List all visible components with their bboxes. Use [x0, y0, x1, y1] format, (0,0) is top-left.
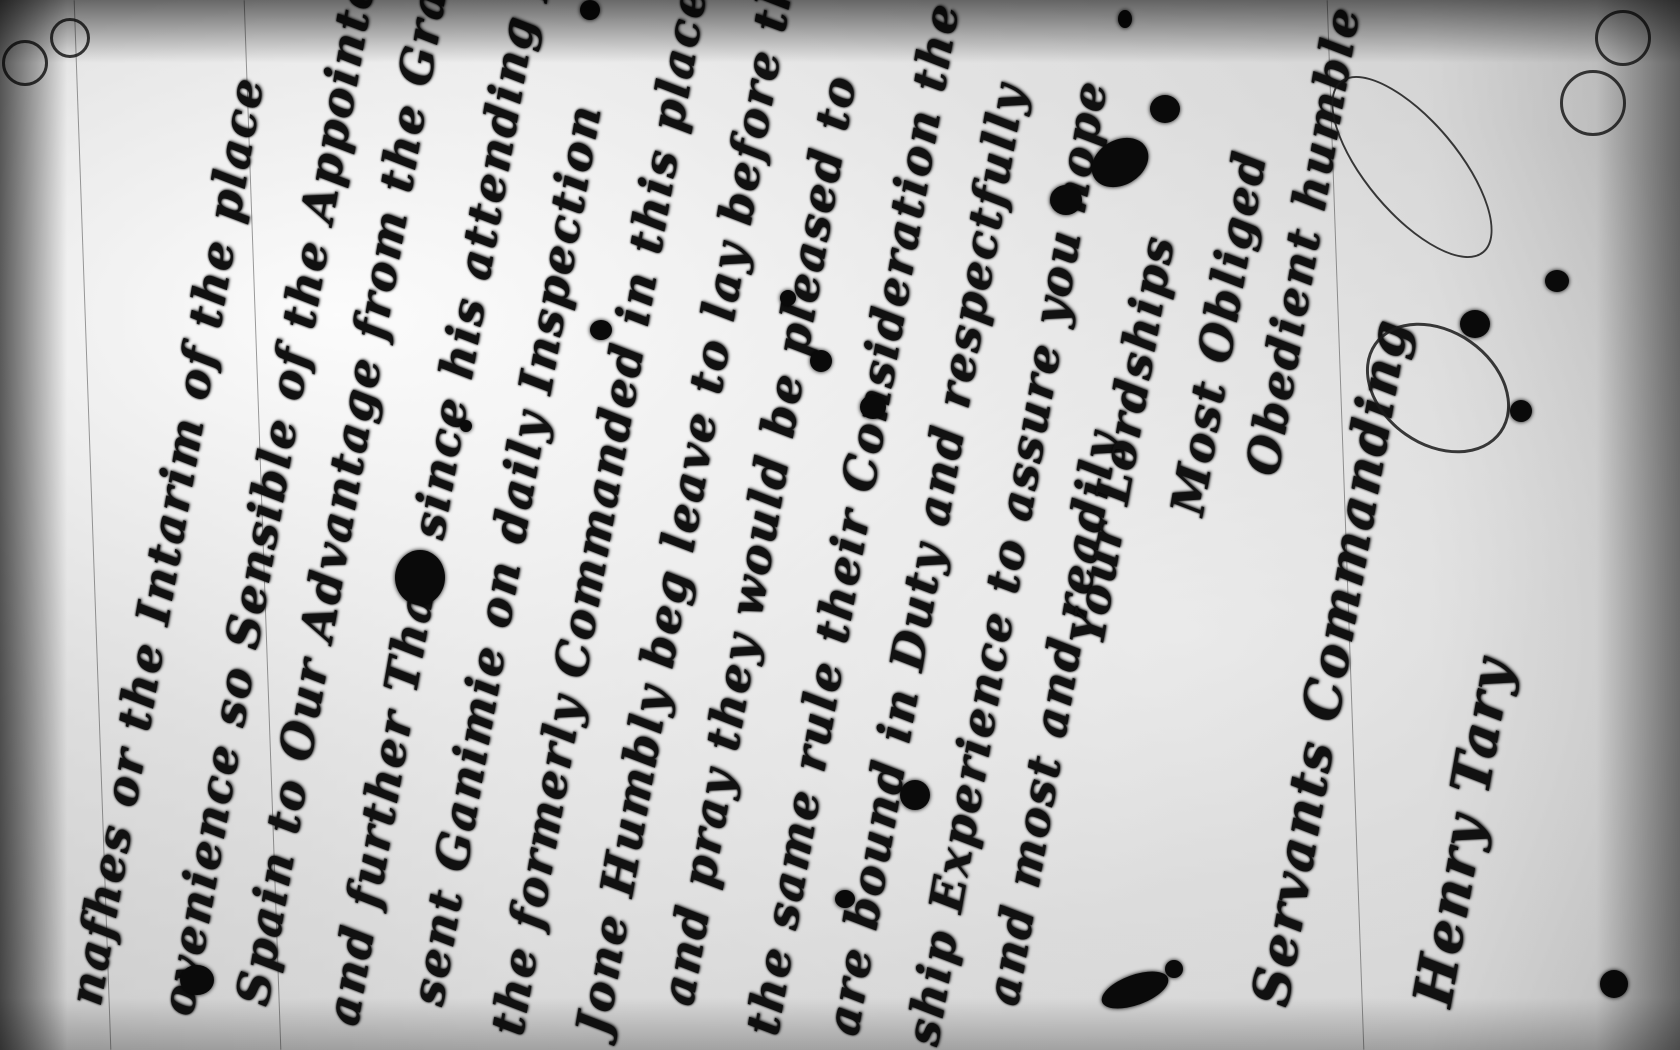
- ink-splatter: [1165, 960, 1183, 978]
- ink-splatter: [810, 350, 832, 372]
- ink-splatter: [180, 965, 214, 995]
- corner-ornament-top-left: [50, 18, 90, 58]
- ink-splatter: [580, 0, 600, 20]
- ink-splatter: [1510, 400, 1532, 422]
- ink-splatter: [1460, 310, 1490, 338]
- ink-splatter: [835, 890, 855, 908]
- handwritten-line: Henry Tary: [1400, 652, 1524, 1011]
- ink-splatter: [1600, 970, 1628, 998]
- ink-splatter: [460, 420, 472, 432]
- corner-ornament-top-right: [1560, 70, 1626, 136]
- ink-splatter: [1097, 964, 1173, 1016]
- ink-splatter: [1118, 10, 1132, 28]
- ink-splatter: [780, 290, 796, 306]
- ink-splatter: [860, 395, 886, 419]
- ink-splatter: [1545, 270, 1569, 292]
- manuscript-wallpaper: nafhes or the Intarim of the place oveni…: [0, 0, 1680, 1050]
- ink-splatter: [590, 320, 612, 340]
- ink-splatter: [1050, 185, 1082, 215]
- ink-splatter: [900, 780, 930, 810]
- ink-splatter: [395, 550, 445, 605]
- ink-splatter: [1150, 95, 1180, 123]
- corner-ornament-top-right: [1595, 10, 1651, 66]
- corner-ornament-top-left: [2, 40, 48, 86]
